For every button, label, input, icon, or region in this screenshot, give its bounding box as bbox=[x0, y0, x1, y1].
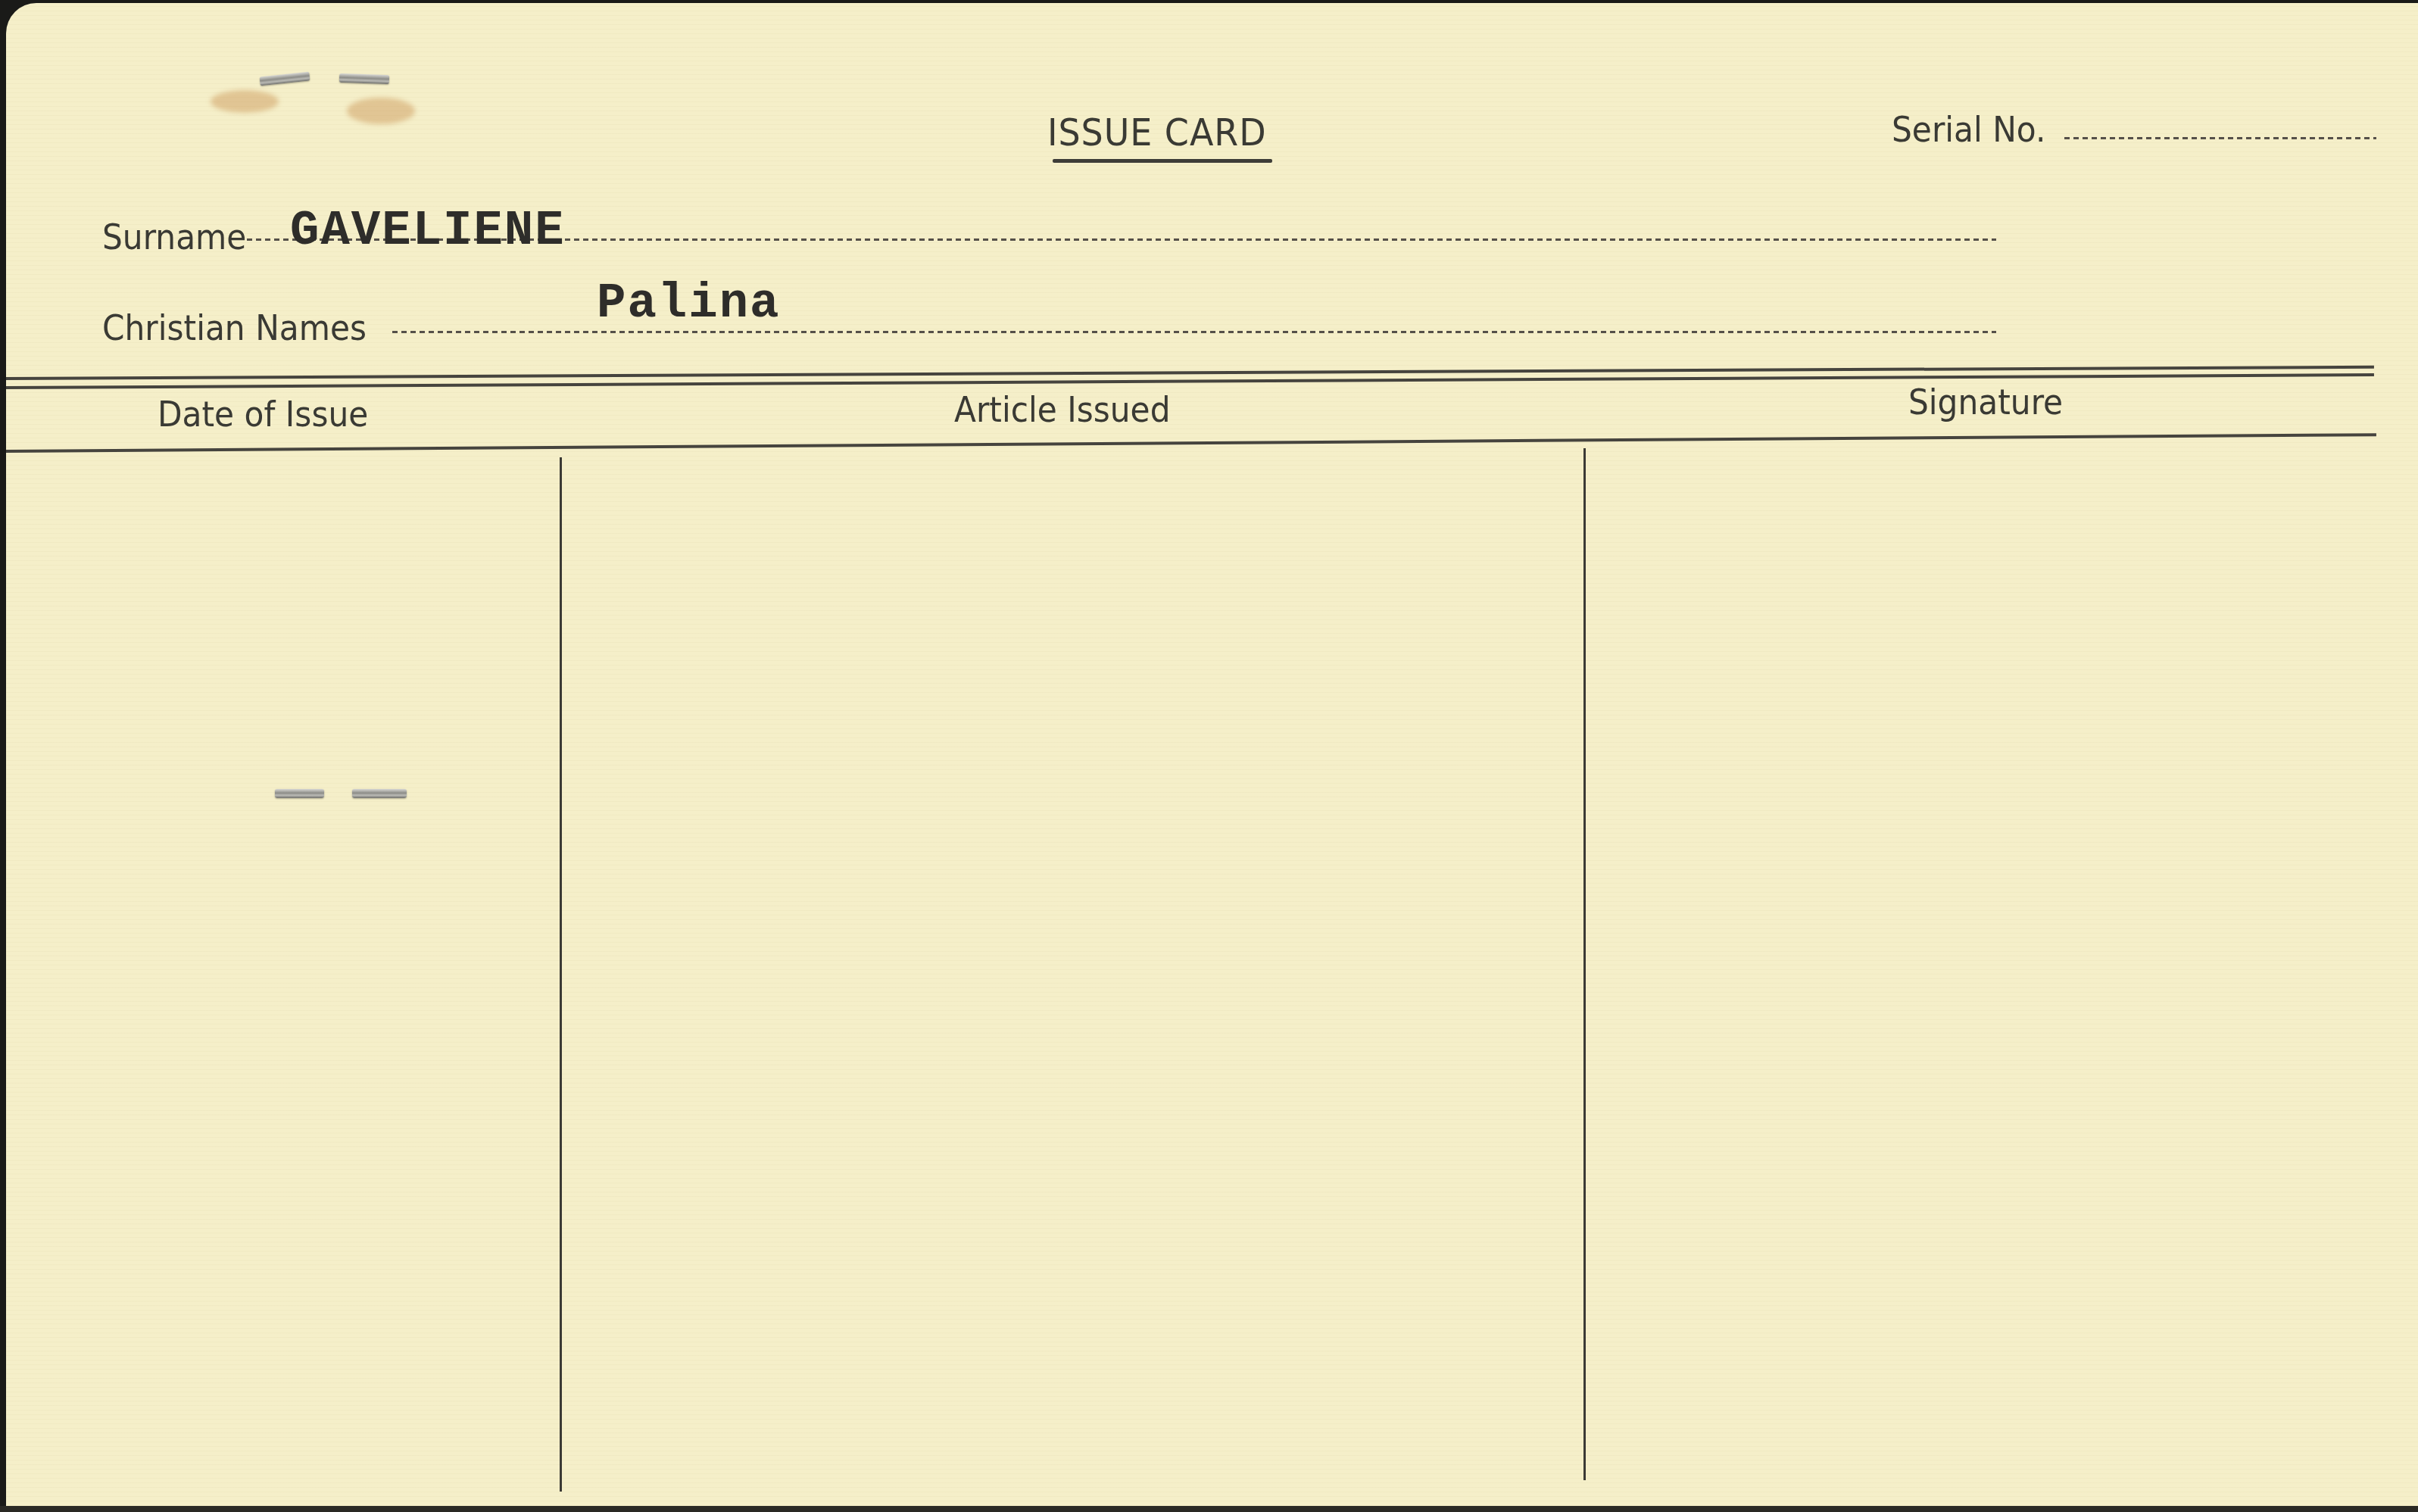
scan-edge bbox=[0, 1506, 2418, 1512]
serial-label: Serial No. bbox=[1892, 109, 2045, 150]
column-header-article: Article Issued bbox=[954, 389, 1171, 430]
column-header-date: Date of Issue bbox=[158, 394, 368, 435]
date-of-issue-cell[interactable] bbox=[6, 460, 557, 1498]
issue-card: ISSUE CARD Serial No. Surname GAVELIENE … bbox=[6, 3, 2418, 1506]
surname-value: GAVELIENE bbox=[290, 204, 566, 259]
article-issued-cell[interactable] bbox=[564, 460, 1581, 1498]
column-header-signature: Signature bbox=[1908, 382, 2063, 422]
christian-names-value: Palina bbox=[597, 277, 780, 332]
column-divider bbox=[1583, 448, 1586, 1480]
signature-cell[interactable] bbox=[1588, 453, 2413, 1498]
rust-stain bbox=[347, 98, 415, 124]
card-title: ISSUE CARD bbox=[1047, 111, 1266, 154]
title-underline bbox=[1053, 159, 1272, 163]
staple-icon bbox=[339, 73, 389, 84]
staple-icon bbox=[260, 72, 310, 86]
staple-icon bbox=[275, 789, 324, 798]
rust-stain bbox=[211, 90, 279, 113]
staple-icon bbox=[352, 789, 407, 798]
column-divider bbox=[560, 457, 562, 1492]
surname-label: Surname bbox=[102, 217, 246, 257]
header-bottom-rule bbox=[6, 433, 2376, 453]
serial-field[interactable] bbox=[2064, 137, 2376, 139]
christian-names-label: Christian Names bbox=[102, 307, 367, 348]
